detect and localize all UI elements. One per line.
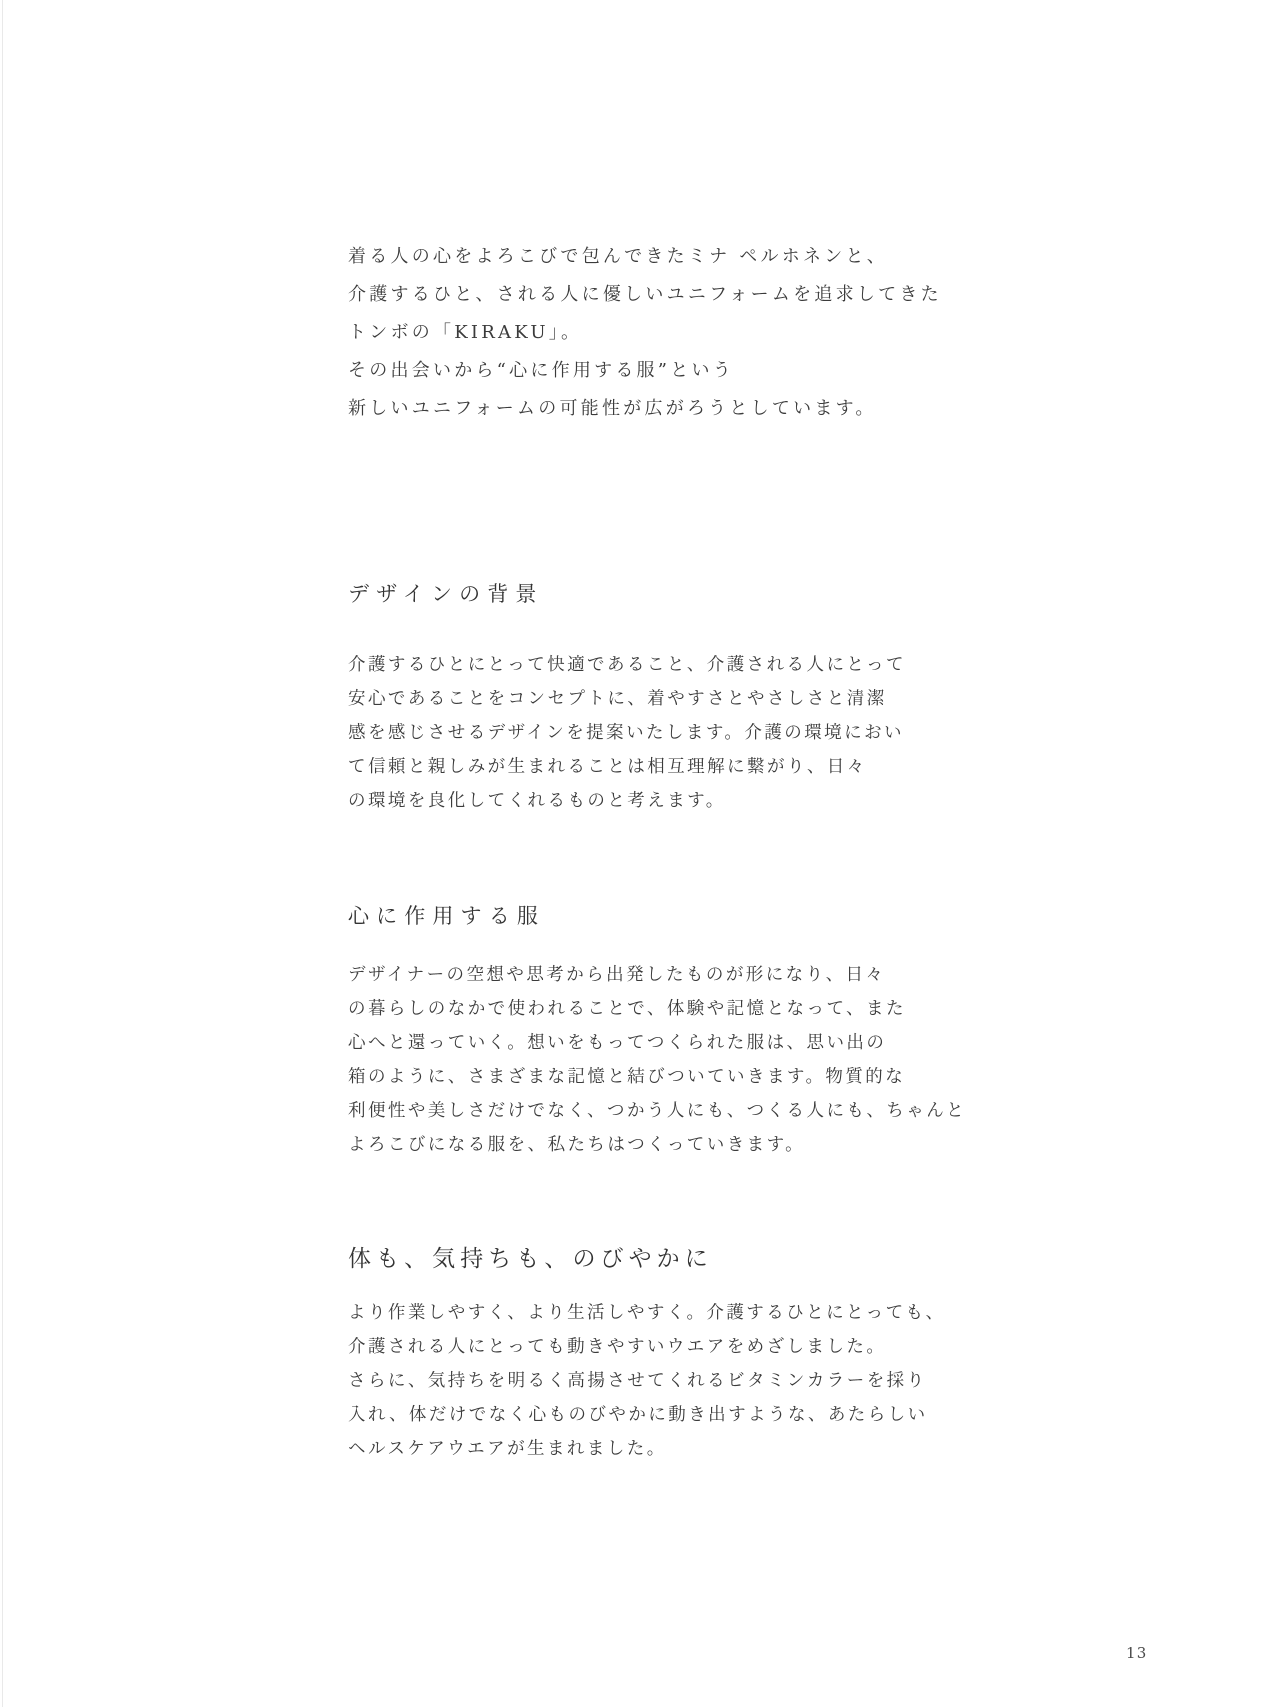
text-line: トンボの「KIRAKU」。 <box>348 314 1048 352</box>
text-line: さらに、気持ちを明るく高揚させてくれるビタミンカラーを採り <box>348 1364 1048 1398</box>
text-line: 心へと還っていく。想いをもってつくられた服は、思い出の <box>348 1026 1048 1060</box>
section-paragraph-body-and-mind: より作業しやすく、より生活しやすく。介護するひとにとっても、 介護される人にとっ… <box>348 1296 1048 1466</box>
section-heading-clothes-for-heart: 心に作用する服 <box>348 900 545 930</box>
page-number: 13 <box>1126 1644 1148 1662</box>
text-line: の環境を良化してくれるものと考えます。 <box>348 784 1048 818</box>
page-edge-line <box>2 0 3 1707</box>
section-paragraph-design-background: 介護するひとにとって快適であること、介護される人にとって 安心であることをコンセ… <box>348 648 1048 818</box>
text-line: 着る人の心をよろこびで包んできたミナ ペルホネンと、 <box>348 238 1048 276</box>
text-line: 感を感じさせるデザインを提案いたします。介護の環境におい <box>348 716 1048 750</box>
section-paragraph-clothes-for-heart: デザイナーの空想や思考から出発したものが形になり、日々 の暮らしのなかで使われる… <box>348 958 1048 1162</box>
text-line: その出会いから“心に作用する服”という <box>348 352 1048 390</box>
text-line: て信頼と親しみが生まれることは相互理解に繋がり、日々 <box>348 750 1048 784</box>
text-line: 新しいユニフォームの可能性が広がろうとしています。 <box>348 390 1048 428</box>
text-line: よろこびになる服を、私たちはつくっていきます。 <box>348 1128 1048 1162</box>
text-line: 介護される人にとっても動きやすいウエアをめざしました。 <box>348 1330 1048 1364</box>
section-heading-design-background: デザインの背景 <box>348 578 544 608</box>
section-heading-body-and-mind: 体も、気持ちも、のびやかに <box>348 1240 713 1273</box>
text-line: の暮らしのなかで使われることで、体験や記憶となって、また <box>348 992 1048 1026</box>
text-line: ヘルスケアウエアが生まれました。 <box>348 1432 1048 1466</box>
intro-paragraph: 着る人の心をよろこびで包んできたミナ ペルホネンと、 介護するひと、される人に優… <box>348 238 1048 428</box>
text-line: 入れ、体だけでなく心ものびやかに動き出すような、あたらしい <box>348 1398 1048 1432</box>
text-line: 箱のように、さまざまな記憶と結びついていきます。物質的な <box>348 1060 1048 1094</box>
text-line: 利便性や美しさだけでなく、つかう人にも、つくる人にも、ちゃんと <box>348 1094 1048 1128</box>
text-line: 安心であることをコンセプトに、着やすさとやさしさと清潔 <box>348 682 1048 716</box>
text-line: 介護するひとにとって快適であること、介護される人にとって <box>348 648 1048 682</box>
document-page: 着る人の心をよろこびで包んできたミナ ペルホネンと、 介護するひと、される人に優… <box>0 0 1280 1707</box>
text-line: より作業しやすく、より生活しやすく。介護するひとにとっても、 <box>348 1296 1048 1330</box>
text-line: 介護するひと、される人に優しいユニフォームを追求してきた <box>348 276 1048 314</box>
text-line: デザイナーの空想や思考から出発したものが形になり、日々 <box>348 958 1048 992</box>
